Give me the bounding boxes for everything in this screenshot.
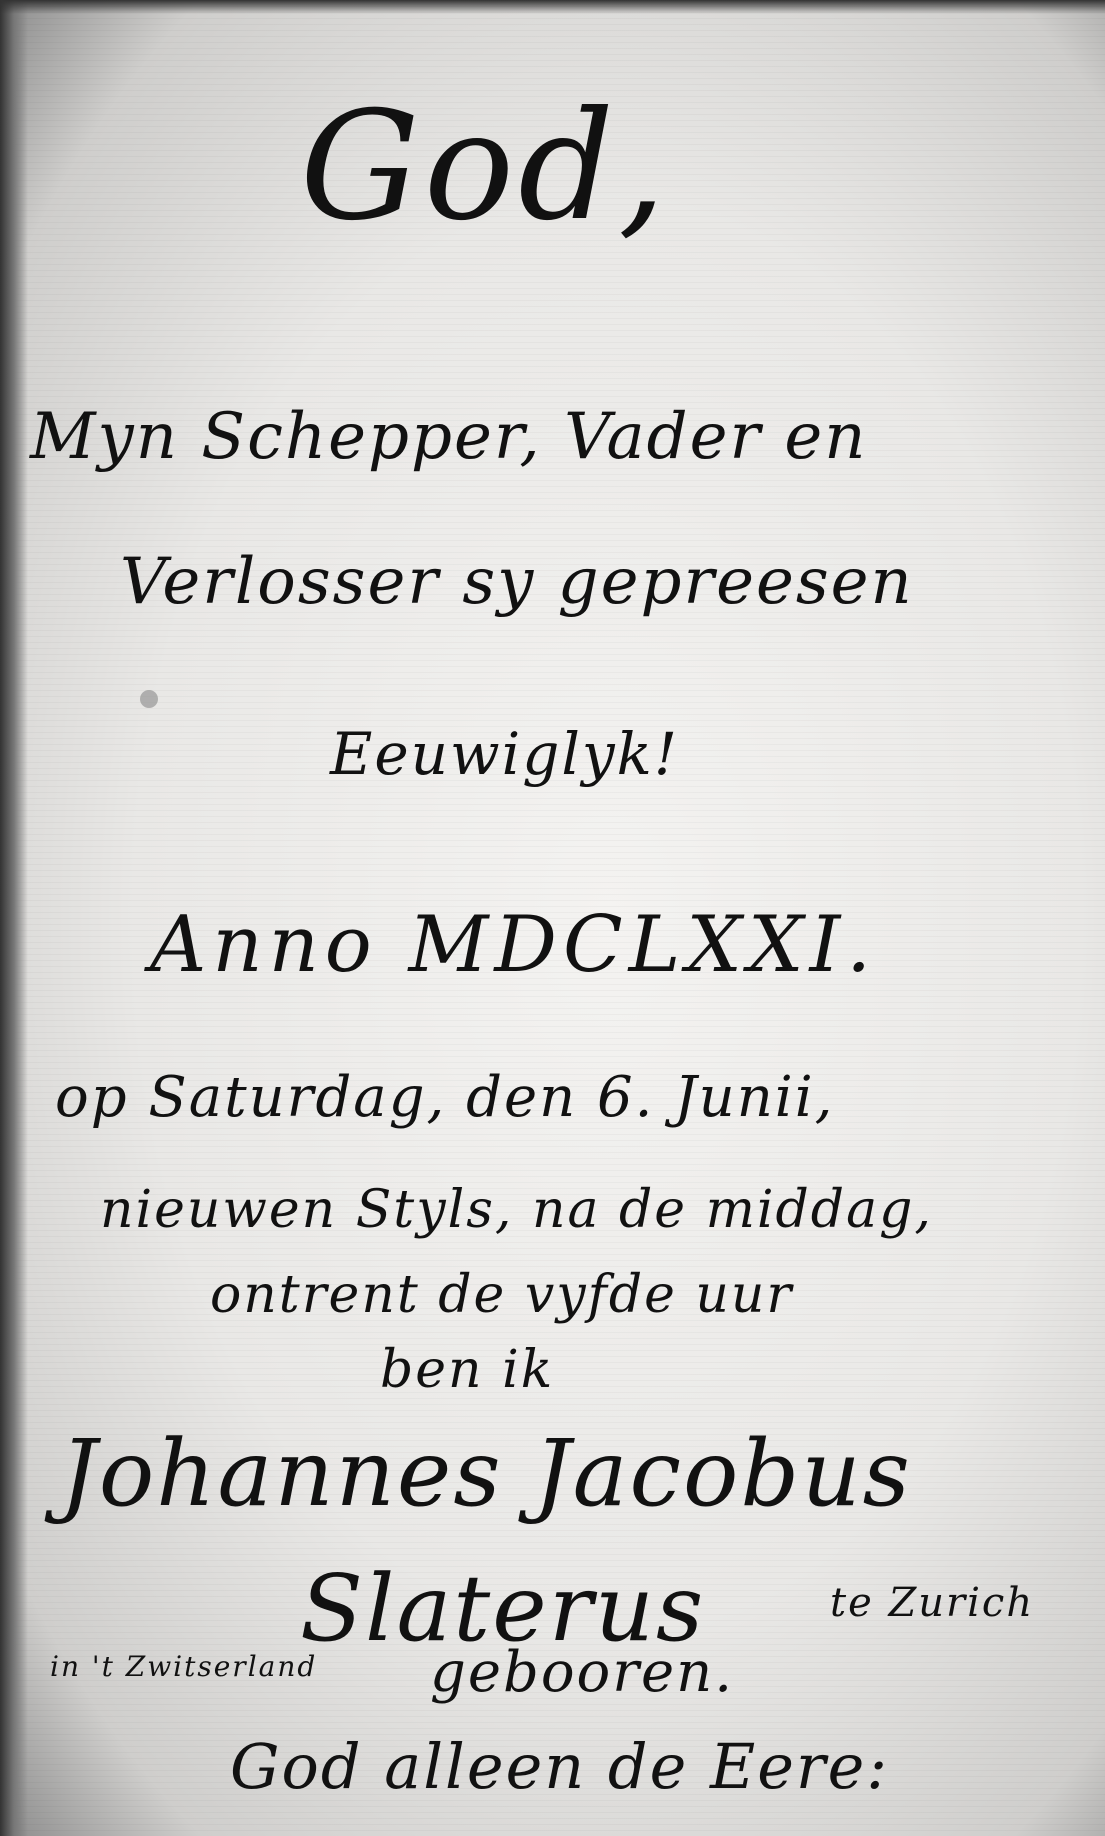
page-edge-shadow-left — [0, 0, 28, 1836]
line-ben-ik: ben ik — [380, 1340, 554, 1400]
ink-spot — [140, 690, 158, 708]
line-date: op Saturdag, den 6. Junii, — [55, 1065, 834, 1130]
page-edge-shadow-top — [0, 0, 1105, 14]
place-switzerland: in 't Zwitserland — [50, 1650, 317, 1683]
line-eeuwiglyk: Eeuwiglyk! — [330, 720, 679, 788]
line-hour: ontrent de vyfde uur — [210, 1265, 793, 1325]
place-zurich: te Zurich — [830, 1580, 1034, 1626]
line-geboren: gebooren. — [430, 1640, 734, 1705]
line-verlosser: Verlosser sy gepreesen — [120, 545, 914, 619]
line-style-afternoon: nieuwen Styls, na de middag, — [100, 1180, 933, 1240]
title-god: God, — [300, 80, 670, 254]
closing-line: God alleen de Eere: — [230, 1730, 889, 1803]
name-given: Johannes Jacobus — [60, 1420, 912, 1527]
line-schepper: Myn Schepper, Vader en — [30, 400, 867, 474]
manuscript-page: God, Myn Schepper, Vader en Verlosser sy… — [0, 0, 1105, 1836]
line-anno-year: Anno MDCLXXI. — [150, 900, 877, 990]
